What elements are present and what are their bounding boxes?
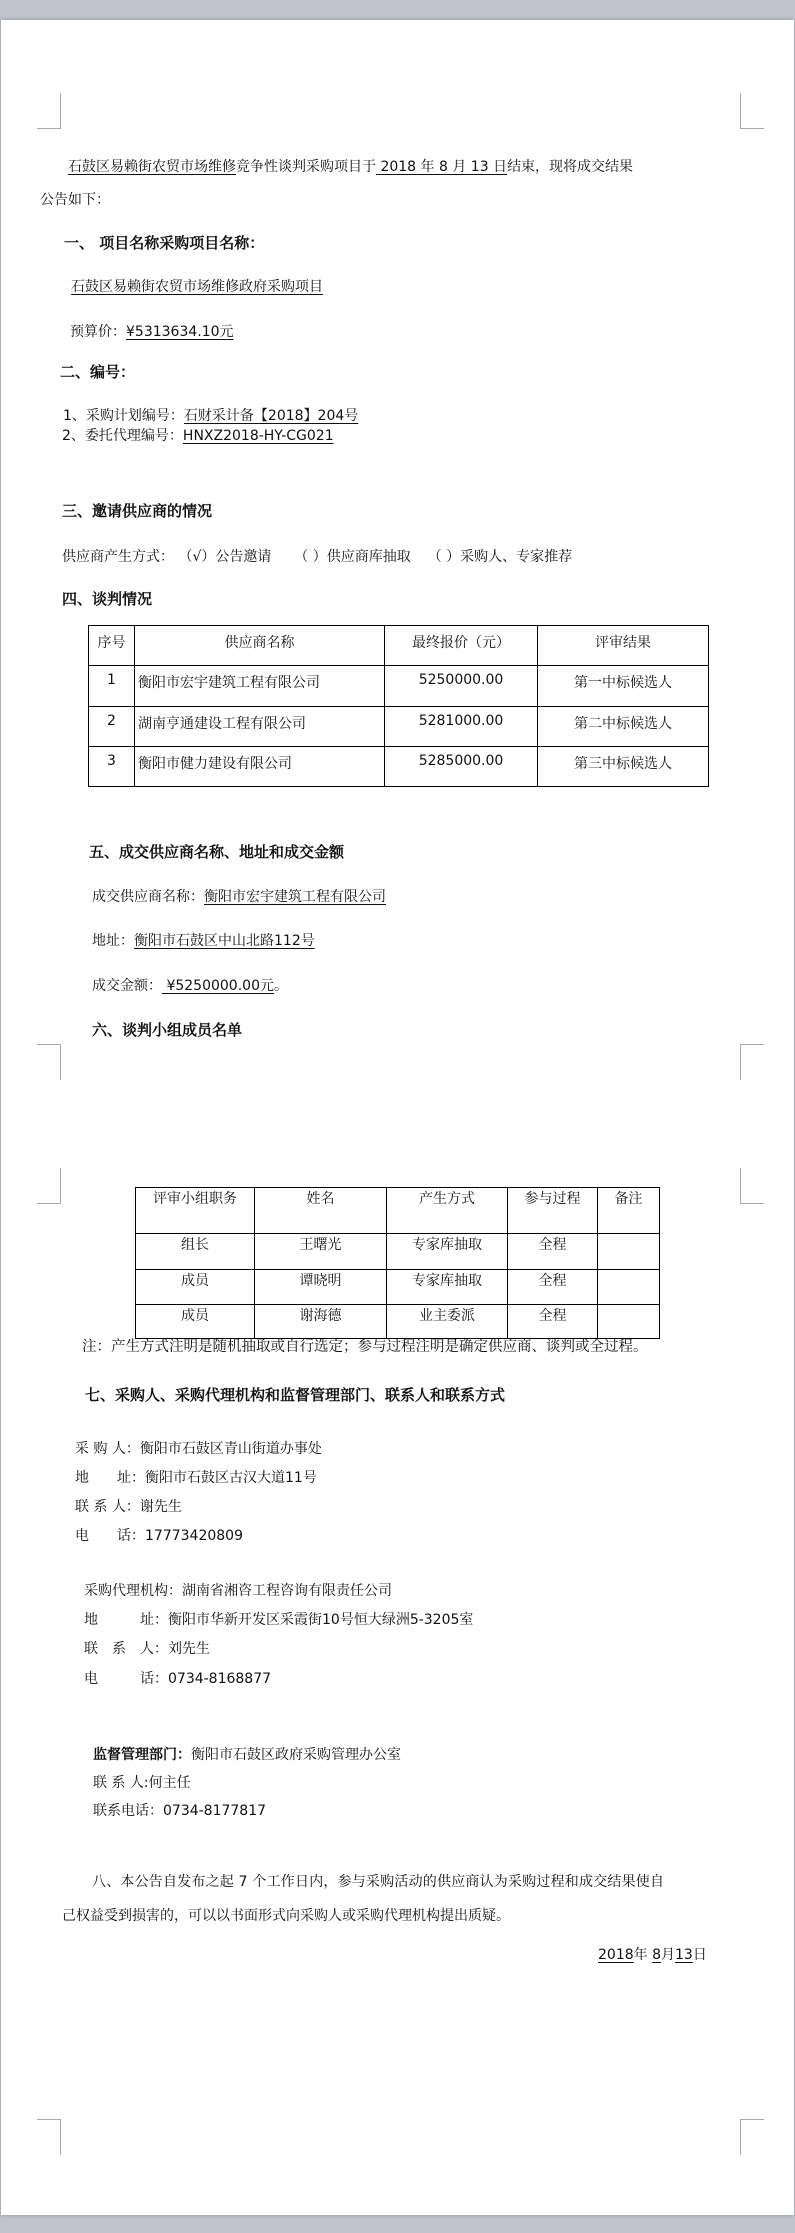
budget-value: ¥5313634.10元	[126, 324, 234, 340]
table-header: 供应商名称	[135, 626, 385, 666]
table-cell: 第二中标候选人	[538, 707, 709, 747]
signature-month: 8	[652, 1947, 661, 1963]
table-header-row: 评审小组职务 姓名 产生方式 参与过程 备注	[136, 1188, 660, 1234]
intro-text: 结束，现将成交结果	[507, 159, 633, 175]
supervisor-line: 监督管理部门：衡阳市石鼓区政府采购管理办公室	[93, 1746, 401, 1764]
agency-contact-line: 联 系 人：刘先生	[84, 1640, 210, 1658]
table-row: 成员 谭晓明 专家库抽取 全程	[136, 1270, 660, 1305]
table-cell: 谢海德	[255, 1305, 387, 1339]
table-header: 姓名	[255, 1188, 387, 1234]
supplier-method-line: 供应商产生方式： （√）公告邀请 （ ）供应商库抽取 （ ）采购人、专家推荐	[62, 548, 572, 566]
agency-number-value: HNXZ2018-HY-CG021	[183, 428, 334, 444]
table-cell: 业主委派	[387, 1305, 508, 1339]
margin-mark-top-right	[740, 93, 764, 129]
table-row: 组长 王曙光 专家库抽取 全程	[136, 1234, 660, 1270]
table-cell	[598, 1234, 660, 1270]
margin-mark-top-left	[37, 1168, 61, 1204]
purchaser-name-line: 采 购 人：衡阳市石鼓区青山街道办事处	[75, 1440, 322, 1458]
plan-number-label: 1、采购计划编号：	[63, 408, 184, 424]
intro-text-line2: 公告如下：	[40, 191, 110, 209]
table-cell: 专家库抽取	[387, 1234, 508, 1270]
table-cell: 2	[89, 707, 135, 747]
document-page: 石鼓区易赖街农贸市场维修竞争性谈判采购项目于 2018 年 8 月 13 日结束…	[1, 20, 794, 2215]
table-cell: 5281000.00	[385, 707, 538, 747]
agency-address-line: 地 址：衡阳市华新开发区采霞街10号恒大绿洲5-3205室	[84, 1611, 473, 1629]
table-cell: 成员	[136, 1305, 255, 1339]
agency-phone: 0734-8168877	[168, 1671, 271, 1687]
section2-heading: 二、编号：	[60, 363, 135, 381]
margin-mark-bottom-right	[740, 2119, 764, 2155]
negotiation-table: 序号 供应商名称 最终报价（元） 评审结果 1 衡阳市宏宇建筑工程有限公司 52…	[88, 625, 709, 787]
signature-year: 2018	[598, 1947, 634, 1963]
table-row: 1 衡阳市宏宇建筑工程有限公司 5250000.00 第一中标候选人	[89, 666, 709, 707]
table-cell: 第三中标候选人	[538, 747, 709, 787]
agency-name-line: 采购代理机构：湖南省湘咨工程咨询有限责任公司	[84, 1582, 392, 1600]
margin-mark-bottom-right	[740, 1044, 764, 1080]
table-header: 评审结果	[538, 626, 709, 666]
supervisor-phone: 联系电话：0734-8177817	[93, 1802, 266, 1820]
intro-text: 竞争性谈判采购项目于	[236, 159, 376, 175]
agency-contact: 刘先生	[168, 1641, 210, 1657]
table-cell: 第一中标候选人	[538, 666, 709, 707]
table-cell: 5285000.00	[385, 747, 538, 787]
winning-supplier-label: 成交供应商名称：	[92, 889, 204, 905]
table-header-row: 序号 供应商名称 最终报价（元） 评审结果	[89, 626, 709, 666]
section3-heading: 三、邀请供应商的情况	[62, 502, 212, 520]
field-label: 电 话：	[75, 1528, 145, 1544]
intro-paragraph: 石鼓区易赖街农贸市场维修竞争性谈判采购项目于 2018 年 8 月 13 日结束…	[68, 158, 633, 176]
table-cell: 王曙光	[255, 1234, 387, 1270]
margin-mark-bottom-left	[37, 1044, 61, 1080]
purchaser-contact-line: 联 系 人：谢先生	[75, 1498, 182, 1516]
signature-day: 13	[675, 1947, 693, 1963]
panel-members-table: 评审小组职务 姓名 产生方式 参与过程 备注 组长 王曙光 专家库抽取 全程 成…	[135, 1187, 660, 1339]
agency-number-line: 2、委托代理编号：HNXZ2018-HY-CG021	[62, 427, 334, 445]
agency-phone-line: 电 话：0734-8168877	[84, 1670, 271, 1688]
table-cell: 全程	[508, 1305, 598, 1339]
agency-name: 湖南省湘咨工程咨询有限责任公司	[182, 1583, 392, 1599]
objection-notice-line2: 己权益受到损害的，可以以书面形式向采购人或采购代理机构提出质疑。	[62, 1907, 510, 1925]
winning-supplier-line: 成交供应商名称：衡阳市宏宇建筑工程有限公司	[92, 888, 386, 906]
table-row: 成员 谢海德 业主委派 全程	[136, 1305, 660, 1339]
purchaser-phone: 17773420809	[145, 1528, 243, 1544]
table-cell: 湖南亨通建设工程有限公司	[135, 707, 385, 747]
table-row: 2 湖南亨通建设工程有限公司 5281000.00 第二中标候选人	[89, 707, 709, 747]
table-header: 最终报价（元）	[385, 626, 538, 666]
table-cell: 衡阳市宏宇建筑工程有限公司	[135, 666, 385, 707]
table-cell	[598, 1305, 660, 1339]
table-cell: 1	[89, 666, 135, 707]
table-cell	[598, 1270, 660, 1305]
panel-note: 注：产生方式注明是随机抽取或自行选定；参与过程注明是确定供应商、谈判或全过程。	[82, 1338, 648, 1356]
table-cell: 5250000.00	[385, 666, 538, 707]
budget-label: 预算价：	[70, 324, 126, 340]
field-label: 地 址：	[75, 1470, 145, 1486]
section5-heading: 五、成交供应商名称、地址和成交金额	[89, 843, 344, 861]
plan-number-value: 石财采计备【2018】204号	[184, 408, 358, 424]
address-value: 衡阳市石鼓区中山北路112号	[134, 933, 315, 949]
field-label: 电 话：	[84, 1671, 168, 1687]
deal-amount-line: 成交金额： ¥5250000.00元。	[92, 977, 288, 995]
end-date: 2018 年 8 月 13 日	[376, 159, 507, 175]
plan-number-line: 1、采购计划编号：石财采计备【2018】204号	[63, 407, 358, 425]
purchaser-phone-line: 电 话：17773420809	[75, 1527, 243, 1545]
table-row: 3 衡阳市健力建设有限公司 5285000.00 第三中标候选人	[89, 747, 709, 787]
supervisor-label: 监督管理部门：	[93, 1747, 191, 1763]
field-label: 采 购 人：	[75, 1441, 140, 1457]
method-option-library: （ ）供应商库抽取	[294, 549, 410, 565]
table-cell: 全程	[508, 1234, 598, 1270]
field-label: 联 系 人：	[84, 1641, 168, 1657]
method-option-recommend: （ ）采购人、专家推荐	[428, 549, 572, 565]
month-unit: 月	[661, 1947, 675, 1963]
day-unit: 日	[693, 1947, 707, 1963]
table-cell: 全程	[508, 1270, 598, 1305]
margin-mark-top-right	[740, 1168, 764, 1204]
supervisor-name: 衡阳市石鼓区政府采购管理办公室	[191, 1747, 401, 1763]
deal-amount-label: 成交金额：	[92, 978, 162, 994]
field-label: 联 系 人：	[75, 1499, 140, 1515]
objection-notice-line1: 八、本公告自发布之起 7 个工作日内，参与采购活动的供应商认为采购过程和成交结果…	[92, 1873, 664, 1891]
agency-number-label: 2、委托代理编号：	[62, 428, 183, 444]
purchaser-name: 衡阳市石鼓区青山街道办事处	[140, 1441, 322, 1457]
budget-line: 预算价：¥5313634.10元	[70, 323, 234, 341]
purchaser-address-line: 地 址：衡阳市石鼓区古汉大道11号	[75, 1469, 317, 1487]
section6-heading: 六、谈判小组成员名单	[92, 1021, 242, 1039]
year-unit: 年	[634, 1947, 652, 1963]
address-line: 地址：衡阳市石鼓区中山北路112号	[92, 932, 315, 950]
purchaser-contact: 谢先生	[140, 1499, 182, 1515]
project-full-name: 石鼓区易赖街农贸市场维修政府采购项目	[71, 278, 323, 296]
table-header: 产生方式	[387, 1188, 508, 1234]
table-header: 备注	[598, 1188, 660, 1234]
deal-amount-value: ¥5250000.00元	[162, 978, 274, 994]
margin-mark-top-left	[37, 93, 61, 129]
table-header: 序号	[89, 626, 135, 666]
table-header: 评审小组职务	[136, 1188, 255, 1234]
section1-heading: 一、 项目名称采购项目名称：	[64, 234, 264, 252]
field-label: 采购代理机构：	[84, 1583, 182, 1599]
project-name: 石鼓区易赖街农贸市场维修	[68, 159, 236, 175]
table-cell: 专家库抽取	[387, 1270, 508, 1305]
table-cell: 衡阳市健力建设有限公司	[135, 747, 385, 787]
field-label: 地 址：	[84, 1612, 168, 1628]
address-label: 地址：	[92, 933, 134, 949]
purchaser-address: 衡阳市石鼓区古汉大道11号	[145, 1470, 317, 1486]
table-cell: 组长	[136, 1234, 255, 1270]
supervisor-contact: 联 系 人:何主任	[93, 1774, 191, 1792]
section4-heading: 四、谈判情况	[62, 590, 152, 608]
margin-mark-bottom-left	[37, 2119, 61, 2155]
agency-address: 衡阳市华新开发区采霞街10号恒大绿洲5-3205室	[168, 1612, 473, 1628]
method-label: 供应商产生方式：	[62, 549, 174, 565]
table-cell: 成员	[136, 1270, 255, 1305]
winning-supplier-value: 衡阳市宏宇建筑工程有限公司	[204, 889, 386, 905]
method-option-announcement: （√）公告邀请	[178, 549, 271, 565]
signature-date: 2018年 8月13日	[598, 1946, 707, 1964]
table-cell: 谭晓明	[255, 1270, 387, 1305]
table-header: 参与过程	[508, 1188, 598, 1234]
punctuation: 。	[274, 978, 288, 994]
section7-heading: 七、采购人、采购代理机构和监督管理部门、联系人和联系方式	[85, 1386, 505, 1404]
table-cell: 3	[89, 747, 135, 787]
